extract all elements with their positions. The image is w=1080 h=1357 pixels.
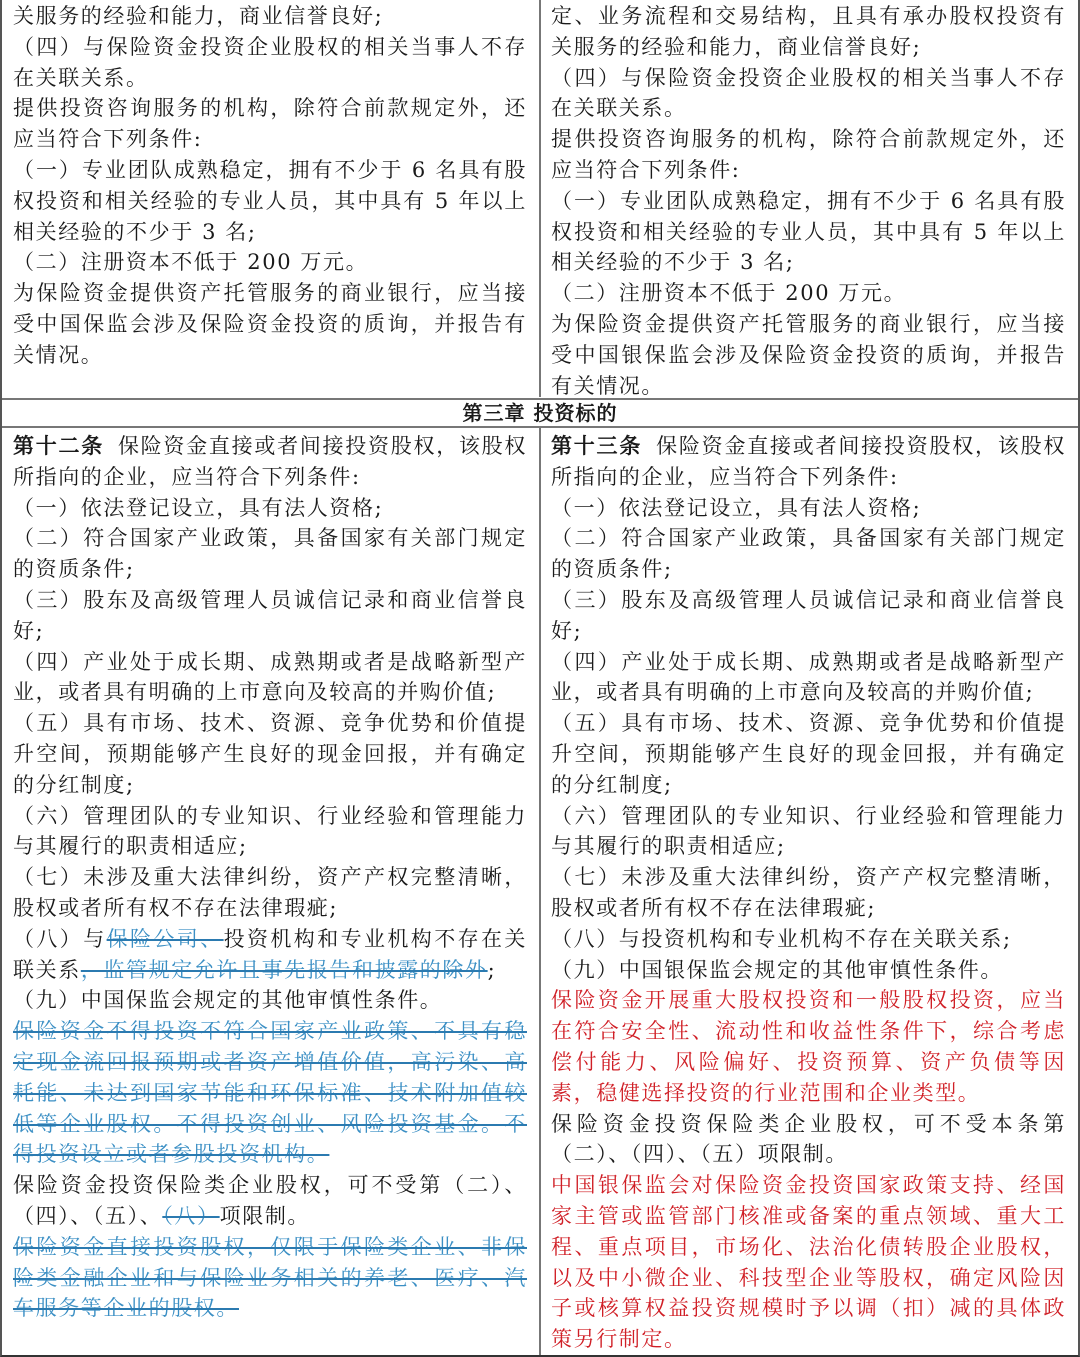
paragraph: （二）注册资本不低于 200 万元。 (13, 247, 527, 278)
item: （五）具有市场、技术、资源、竞争优势和价值提升空间，预期能够产生良好的现金回报，… (13, 708, 527, 800)
item: （七）未涉及重大法律纠纷，资产产权完整清晰，股权或者所有权不存在法律瑕疵; (13, 862, 527, 924)
old-text-cell: 关服务的经验和能力，商业信誉良好; （四）与保险资金投资企业股权的相关当事人不存… (2, 0, 539, 397)
item: （三）股东及高级管理人员诚信记录和商业信誉良好; (13, 585, 527, 647)
exemption-paragraph: 保险资金投资保险类企业股权，可不受第（二）、（四）、（五）、（八）项限制。 (13, 1170, 527, 1232)
chapter-title: 第三章 投资标的 (2, 400, 1078, 426)
paragraph: （一）专业团队成熟稳定，拥有不少于 6 名具有股权投资和相关经验的专业人员，其中… (551, 186, 1066, 278)
paragraph: 为保险资金提供资产托管服务的商业银行，应当接受中国银保监会涉及保险资金投资的质询… (551, 309, 1066, 397)
item: （四）产业处于成长期、成熟期或者是战略新型产业，或者具有明确的上市意向及较高的并… (13, 647, 527, 709)
chapter-heading-row: 第三章 投资标的 (2, 398, 1078, 428)
article-number: 第十二条 (13, 433, 104, 458)
paragraph: （二）注册资本不低于 200 万元。 (551, 278, 1066, 309)
new-text-cell: 定、业务流程和交易结构，且具有承办股权投资有关服务的经验和能力，商业信誉良好; … (539, 0, 1078, 397)
item: （七）未涉及重大法律纠纷，资产产权完整清晰，股权或者所有权不存在法律瑕疵; (551, 862, 1066, 924)
paragraph: 定、业务流程和交易结构，且具有承办股权投资有关服务的经验和能力，商业信誉良好; (551, 1, 1066, 63)
paragraph: （一）专业团队成熟稳定，拥有不少于 6 名具有股权投资和相关经验的专业人员，其中… (13, 155, 527, 247)
paragraph: 提供投资咨询服务的机构，除符合前款规定外，还应当符合下列条件: (13, 93, 527, 155)
article-intro: 第十三条保险资金直接或者间接投资股权，该股权所指向的企业，应当符合下列条件: (551, 431, 1066, 493)
article-number: 第十三条 (551, 433, 642, 458)
item: （二）符合国家产业政策，具备国家有关部门规定的资质条件; (551, 523, 1066, 585)
item: （四）产业处于成长期、成熟期或者是战略新型产业，或者具有明确的上市意向及较高的并… (551, 647, 1066, 709)
table-row-top: 关服务的经验和能力，商业信誉良好; （四）与保险资金投资企业股权的相关当事人不存… (2, 0, 1078, 397)
item: （五）具有市场、技术、资源、竞争优势和价值提升空间，预期能够产生良好的现金回报，… (551, 708, 1066, 800)
item-8: （八）与保险公司、投资机构和专业机构不存在关联关系，监管规定允许且事先报告和披露… (13, 924, 527, 986)
table-row-main: 第十二条保险资金直接或者间接投资股权，该股权所指向的企业，应当符合下列条件: （… (2, 428, 1078, 1355)
old-article-cell: 第十二条保险资金直接或者间接投资股权，该股权所指向的企业，应当符合下列条件: （… (2, 428, 539, 1355)
deleted-paragraph: 保险资金不得投资不符合国家产业政策、不具有稳定现金流回报预期或者资产增值价值，高… (13, 1016, 527, 1170)
item: （三）股东及高级管理人员诚信记录和商业信誉良好; (551, 585, 1066, 647)
item: （二）符合国家产业政策，具备国家有关部门规定的资质条件; (13, 523, 527, 585)
item-9: （九）中国保监会规定的其他审慎性条件。 (13, 985, 527, 1016)
item: （六）管理团队的专业知识、行业经验和管理能力与其履行的职责相适应; (551, 801, 1066, 863)
deleted-text: 保险公司、 (107, 927, 224, 951)
added-paragraph: 中国银保监会对保险资金投资国家政策支持、经国家主管或监管部门核准或备案的重点领域… (551, 1170, 1066, 1355)
article-intro: 第十二条保险资金直接或者间接投资股权，该股权所指向的企业，应当符合下列条件: (13, 431, 527, 493)
comparison-table: 关服务的经验和能力，商业信誉良好; （四）与保险资金投资企业股权的相关当事人不存… (0, 0, 1080, 1357)
deleted-text: ，监管规定允许且事先报告和披露的除外 (81, 958, 488, 982)
added-paragraph: 保险资金开展重大股权投资和一般股权投资，应当在符合安全性、流动性和收益性条件下，… (551, 985, 1066, 1108)
deleted-text: （八） (162, 1204, 219, 1228)
item: （一）依法登记设立，具有法人资格; (13, 493, 527, 524)
deleted-paragraph: 保险资金直接投资股权，仅限于保险类企业、非保险类金融企业和与保险业务相关的养老、… (13, 1232, 527, 1324)
item: （六）管理团队的专业知识、行业经验和管理能力与其履行的职责相适应; (13, 801, 527, 863)
paragraph: 提供投资咨询服务的机构，除符合前款规定外，还应当符合下列条件: (551, 124, 1066, 186)
paragraph: （四）与保险资金投资企业股权的相关当事人不存在关联关系。 (551, 63, 1066, 125)
exemption-paragraph: 保险资金投资保险类企业股权，可不受本条第（二）、（四）、（五）项限制。 (551, 1109, 1066, 1171)
paragraph: （四）与保险资金投资企业股权的相关当事人不存在关联关系。 (13, 32, 527, 94)
item: （九）中国银保监会规定的其他审慎性条件。 (551, 955, 1066, 986)
paragraph: 为保险资金提供资产托管服务的商业银行，应当接受中国保监会涉及保险资金投资的质询，… (13, 278, 527, 370)
item: （八）与投资机构和专业机构不存在关联关系; (551, 924, 1066, 955)
new-article-cell: 第十三条保险资金直接或者间接投资股权，该股权所指向的企业，应当符合下列条件: （… (539, 428, 1078, 1355)
item: （一）依法登记设立，具有法人资格; (551, 493, 1066, 524)
paragraph: 关服务的经验和能力，商业信誉良好; (13, 1, 527, 32)
